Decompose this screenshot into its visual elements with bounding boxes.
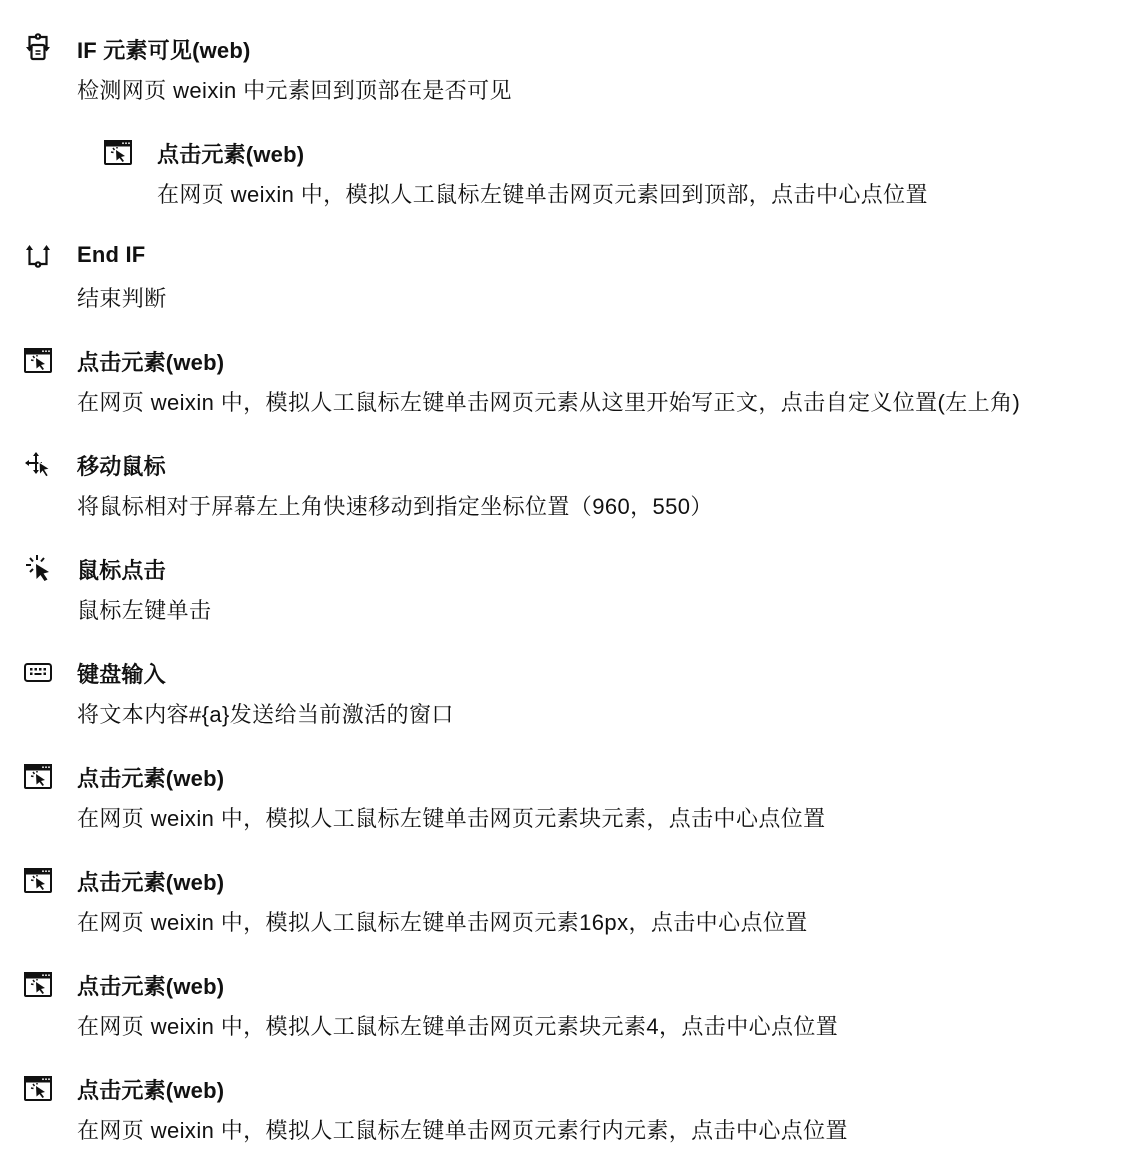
if-element-visible-icon bbox=[22, 32, 54, 64]
step-description: 在网页 weixin 中，模拟人工鼠标左键单击网页元素块元素，点击中心点位置 bbox=[77, 802, 826, 833]
step-description: 检测网页 weixin 中元素回到顶部在是否可见 bbox=[77, 74, 512, 105]
mouse-click-icon bbox=[22, 552, 54, 584]
step-description: 在网页 weixin 中，模拟人工鼠标左键单击网页元素从这里开始写正文，点击自定… bbox=[77, 386, 1020, 417]
step-title: 点击元素(web) bbox=[157, 138, 304, 169]
step-description: 在网页 weixin 中，模拟人工鼠标左键单击网页元素块元素4，点击中心点位置 bbox=[77, 1010, 838, 1041]
step-title: End IF bbox=[77, 242, 145, 268]
step-title: 点击元素(web) bbox=[77, 866, 224, 897]
end-if-icon bbox=[22, 240, 54, 272]
step-description: 在网页 weixin 中，模拟人工鼠标左键单击网页元素回到顶部，点击中心点位置 bbox=[157, 178, 928, 209]
click-element-icon bbox=[22, 344, 54, 376]
step-description: 在网页 weixin 中，模拟人工鼠标左键单击网页元素行内元素，点击中心点位置 bbox=[77, 1114, 848, 1145]
step-title: 点击元素(web) bbox=[77, 346, 224, 377]
click-element-icon bbox=[22, 864, 54, 896]
step-description: 将文本内容#{a}发送给当前激活的窗口 bbox=[77, 698, 454, 729]
step-title: 键盘输入 bbox=[77, 658, 166, 689]
click-element-icon bbox=[22, 1072, 54, 1104]
step-title: IF 元素可见(web) bbox=[77, 34, 251, 65]
step-description: 将鼠标相对于屏幕左上角快速移动到指定坐标位置（960，550） bbox=[77, 490, 713, 521]
keyboard-icon bbox=[22, 656, 54, 688]
step-title: 移动鼠标 bbox=[77, 450, 166, 481]
click-element-icon bbox=[22, 968, 54, 1000]
click-element-icon bbox=[102, 136, 134, 168]
step-description: 鼠标左键单击 bbox=[77, 594, 211, 625]
step-title: 鼠标点击 bbox=[77, 554, 166, 585]
step-description: 结束判断 bbox=[77, 282, 167, 313]
step-description: 在网页 weixin 中，模拟人工鼠标左键单击网页元素16px，点击中心点位置 bbox=[77, 906, 808, 937]
step-title: 点击元素(web) bbox=[77, 1074, 224, 1105]
move-mouse-icon bbox=[22, 448, 54, 480]
step-title: 点击元素(web) bbox=[77, 762, 224, 793]
step-title: 点击元素(web) bbox=[77, 970, 224, 1001]
click-element-icon bbox=[22, 760, 54, 792]
